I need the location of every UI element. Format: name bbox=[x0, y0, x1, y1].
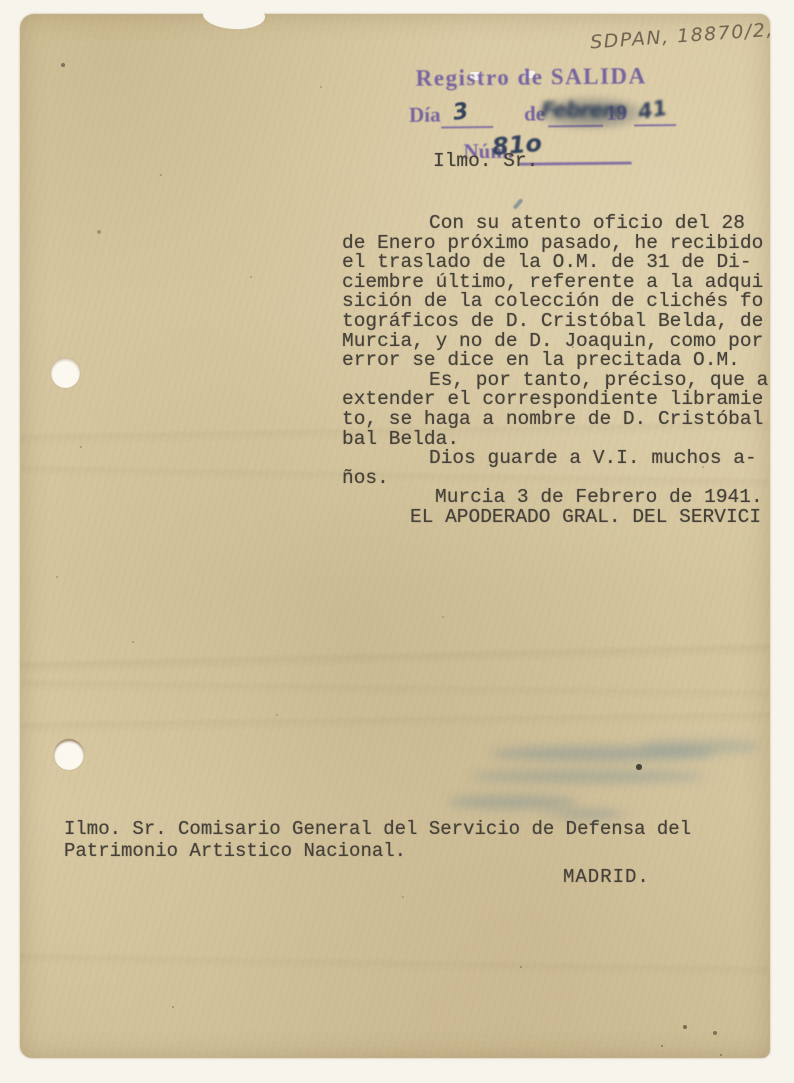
salutation: Ilmo. Sr. bbox=[433, 150, 538, 172]
stamp-day-label: Día bbox=[409, 103, 441, 128]
recipient-line: Ilmo. Sr. Comisario General del Servicio… bbox=[64, 818, 764, 840]
ink-transfer-smudge bbox=[470, 770, 705, 783]
recipient-city: MADRID. bbox=[563, 866, 650, 888]
handwritten-day: 3 bbox=[451, 99, 470, 126]
letter-paper: SDPAN, 18870/2,7 Registro de SALIDA Día … bbox=[20, 14, 770, 1058]
exit-registry-stamp: Registro de SALIDA Día de 19 Núm. bbox=[20, 14, 770, 18]
archive-annotation: SDPAN, 18870/2,7 bbox=[589, 17, 770, 54]
ink-transfer-smudge bbox=[448, 795, 578, 809]
body-line: el traslado de la O.M. de 31 de Di- bbox=[342, 253, 770, 273]
body-line: to, se haga a nombre de D. Cristóbal bbox=[342, 410, 770, 430]
document-scan: SDPAN, 18870/2,7 Registro de SALIDA Día … bbox=[0, 0, 794, 1083]
body-line: EL APODERADO GRAL. DEL SERVICI bbox=[410, 508, 770, 528]
recipient-block: Ilmo. Sr. Comisario General del Servicio… bbox=[64, 818, 764, 862]
letter-body: Con su atento oficio del 28de Enero próx… bbox=[342, 214, 770, 528]
handwritten-month-smudge: Febrero bbox=[541, 98, 641, 128]
ink-transfer-smudge bbox=[640, 740, 760, 753]
body-line: Con su atento oficio del 28 bbox=[429, 214, 770, 234]
stamp-day-line bbox=[441, 126, 493, 129]
stamp-title: Registro de SALIDA bbox=[416, 63, 647, 91]
body-line: error se dice en la precitada O.M. bbox=[342, 351, 770, 371]
paper-texture bbox=[20, 14, 770, 1058]
paper-creases bbox=[20, 14, 770, 1058]
blue-ink-fleck bbox=[513, 198, 524, 210]
body-line: Dios guarde a V.I. muchos a- bbox=[429, 449, 770, 469]
punch-hole-bottom bbox=[54, 739, 84, 770]
body-line: tográficos de D. Cristóbal Belda, de bbox=[342, 312, 770, 332]
punch-hole-top bbox=[51, 358, 80, 388]
handwritten-year: 41 bbox=[636, 96, 669, 125]
body-line: Murcia 3 de Febrero de 1941. bbox=[435, 488, 770, 508]
paper-speckles bbox=[20, 14, 22, 16]
ink-transfer-smudge bbox=[560, 811, 630, 819]
body-line: extender el correspondiente libramie bbox=[342, 390, 770, 410]
recipient-line: Patrimonio Artistico Nacional. bbox=[64, 840, 764, 862]
